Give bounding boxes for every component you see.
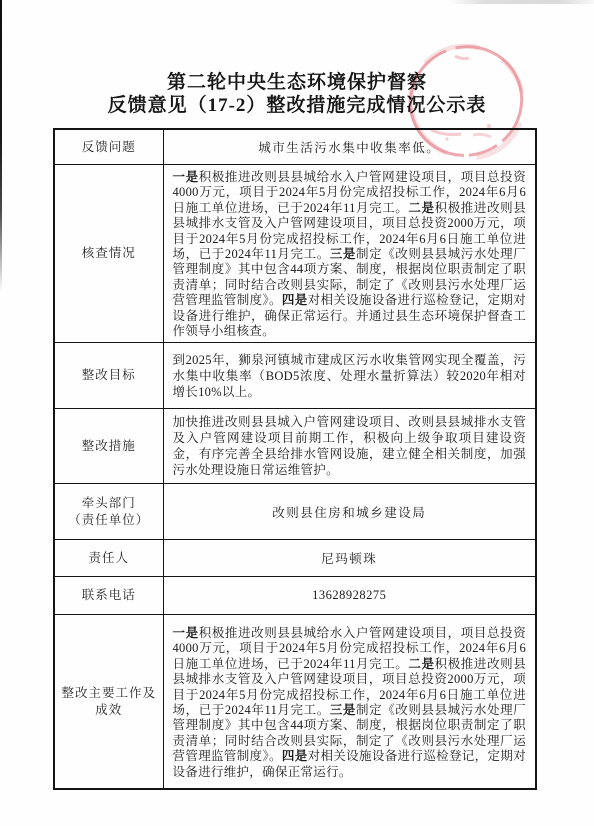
verification-point-2-marker: 二是 xyxy=(408,201,434,215)
work-point-1-marker: 一是 xyxy=(173,626,199,640)
department-label-line2: （责任单位） xyxy=(60,512,158,529)
work-point-4-marker: 四是 xyxy=(282,749,308,763)
feedback-issue-value: 城市生活污水集中收集率低。 xyxy=(163,129,536,165)
table-row-person: 责任人 尼玛顿珠 xyxy=(54,540,536,577)
table-row-work: 整改主要工作及成效 一是积极推进改则县县城给水入户管网建设项目，项目总投资400… xyxy=(54,615,536,790)
table-row-measures: 整改措施 加快推进改则县县城入户管网建设项目、改则县县城排水支管及入户管网建设项… xyxy=(54,409,536,484)
table-row-department: 牵头部门 （责任单位） 改则县住房和城乡建设局 xyxy=(54,484,536,540)
table-row-feedback: 反馈问题 城市生活污水集中收集率低。 xyxy=(54,129,536,165)
work-point-3-marker: 三是 xyxy=(330,703,356,717)
page-title-line2: 反馈意见（17-2）整改措施完成情况公示表 xyxy=(0,94,594,117)
work-point-2-marker: 二是 xyxy=(408,657,434,671)
goal-value-cell: 到2025年，狮泉河镇城市建成区污水收集管网实现全覆盖，污水集中收集率（BOD5… xyxy=(163,343,536,409)
feedback-issue-label: 反馈问题 xyxy=(54,129,163,165)
verification-point-3-marker: 三是 xyxy=(330,247,356,261)
phone-value: 13628928275 xyxy=(163,577,536,615)
person-label: 责任人 xyxy=(54,540,163,577)
work-value-cell: 一是积极推进改则县县城给水入户管网建设项目，项目总投资4000万元，项目于202… xyxy=(163,615,536,790)
scan-smudge-artifact xyxy=(448,0,594,4)
goal-text: 到2025年，狮泉河镇城市建成区污水收集管网实现全覆盖，污水集中收集率（BOD5… xyxy=(173,352,527,400)
measures-text: 加快推进改则县县城入户管网建设项目、改则县县城排水支管及入户管网建设项目前期工作… xyxy=(173,414,527,478)
person-value: 尼玛顿珠 xyxy=(163,540,536,577)
verification-point-1-marker: 一是 xyxy=(173,170,199,184)
verification-label: 核查情况 xyxy=(54,165,163,343)
phone-label: 联系电话 xyxy=(54,577,163,615)
table-row-goal: 整改目标 到2025年，狮泉河镇城市建成区污水收集管网实现全覆盖，污水集中收集率… xyxy=(54,343,536,409)
public-notice-table: 反馈问题 城市生活污水集中收集率低。 核查情况 一是积极推进改则县县城给水入户管… xyxy=(53,128,537,790)
department-label-line1: 牵头部门 xyxy=(60,495,158,512)
work-text: 一是积极推进改则县县城给水入户管网建设项目，项目总投资4000万元，项目于202… xyxy=(173,626,527,780)
table-row-phone: 联系电话 13628928275 xyxy=(54,577,536,615)
table-row-verification: 核查情况 一是积极推进改则县县城给水入户管网建设项目，项目总投资4000万元，项… xyxy=(54,165,536,343)
verification-value-cell: 一是积极推进改则县县城给水入户管网建设项目，项目总投资4000万元，项目于202… xyxy=(163,165,536,343)
work-label: 整改主要工作及成效 xyxy=(54,615,163,790)
page-title-line1: 第二轮中央生态环境保护督察 xyxy=(0,71,594,94)
goal-label: 整改目标 xyxy=(54,343,163,409)
measures-value-cell: 加快推进改则县县城入户管网建设项目、改则县县城排水支管及入户管网建设项目前期工作… xyxy=(163,409,536,484)
verification-point-4-marker: 四是 xyxy=(282,293,308,307)
department-value: 改则县住房和城乡建设局 xyxy=(163,484,536,540)
department-label: 牵头部门 （责任单位） xyxy=(54,484,163,540)
page-title: 第二轮中央生态环境保护督察 反馈意见（17-2）整改措施完成情况公示表 xyxy=(0,71,594,117)
measures-label: 整改措施 xyxy=(54,409,163,484)
verification-text: 一是积极推进改则县县城给水入户管网建设项目，项目总投资4000万元，项目于202… xyxy=(173,170,527,339)
document-page: 第二轮中央生态环境保护督察 反馈意见（17-2）整改措施完成情况公示表 反馈问题… xyxy=(0,0,594,826)
scan-edge-artifact xyxy=(0,0,2,292)
